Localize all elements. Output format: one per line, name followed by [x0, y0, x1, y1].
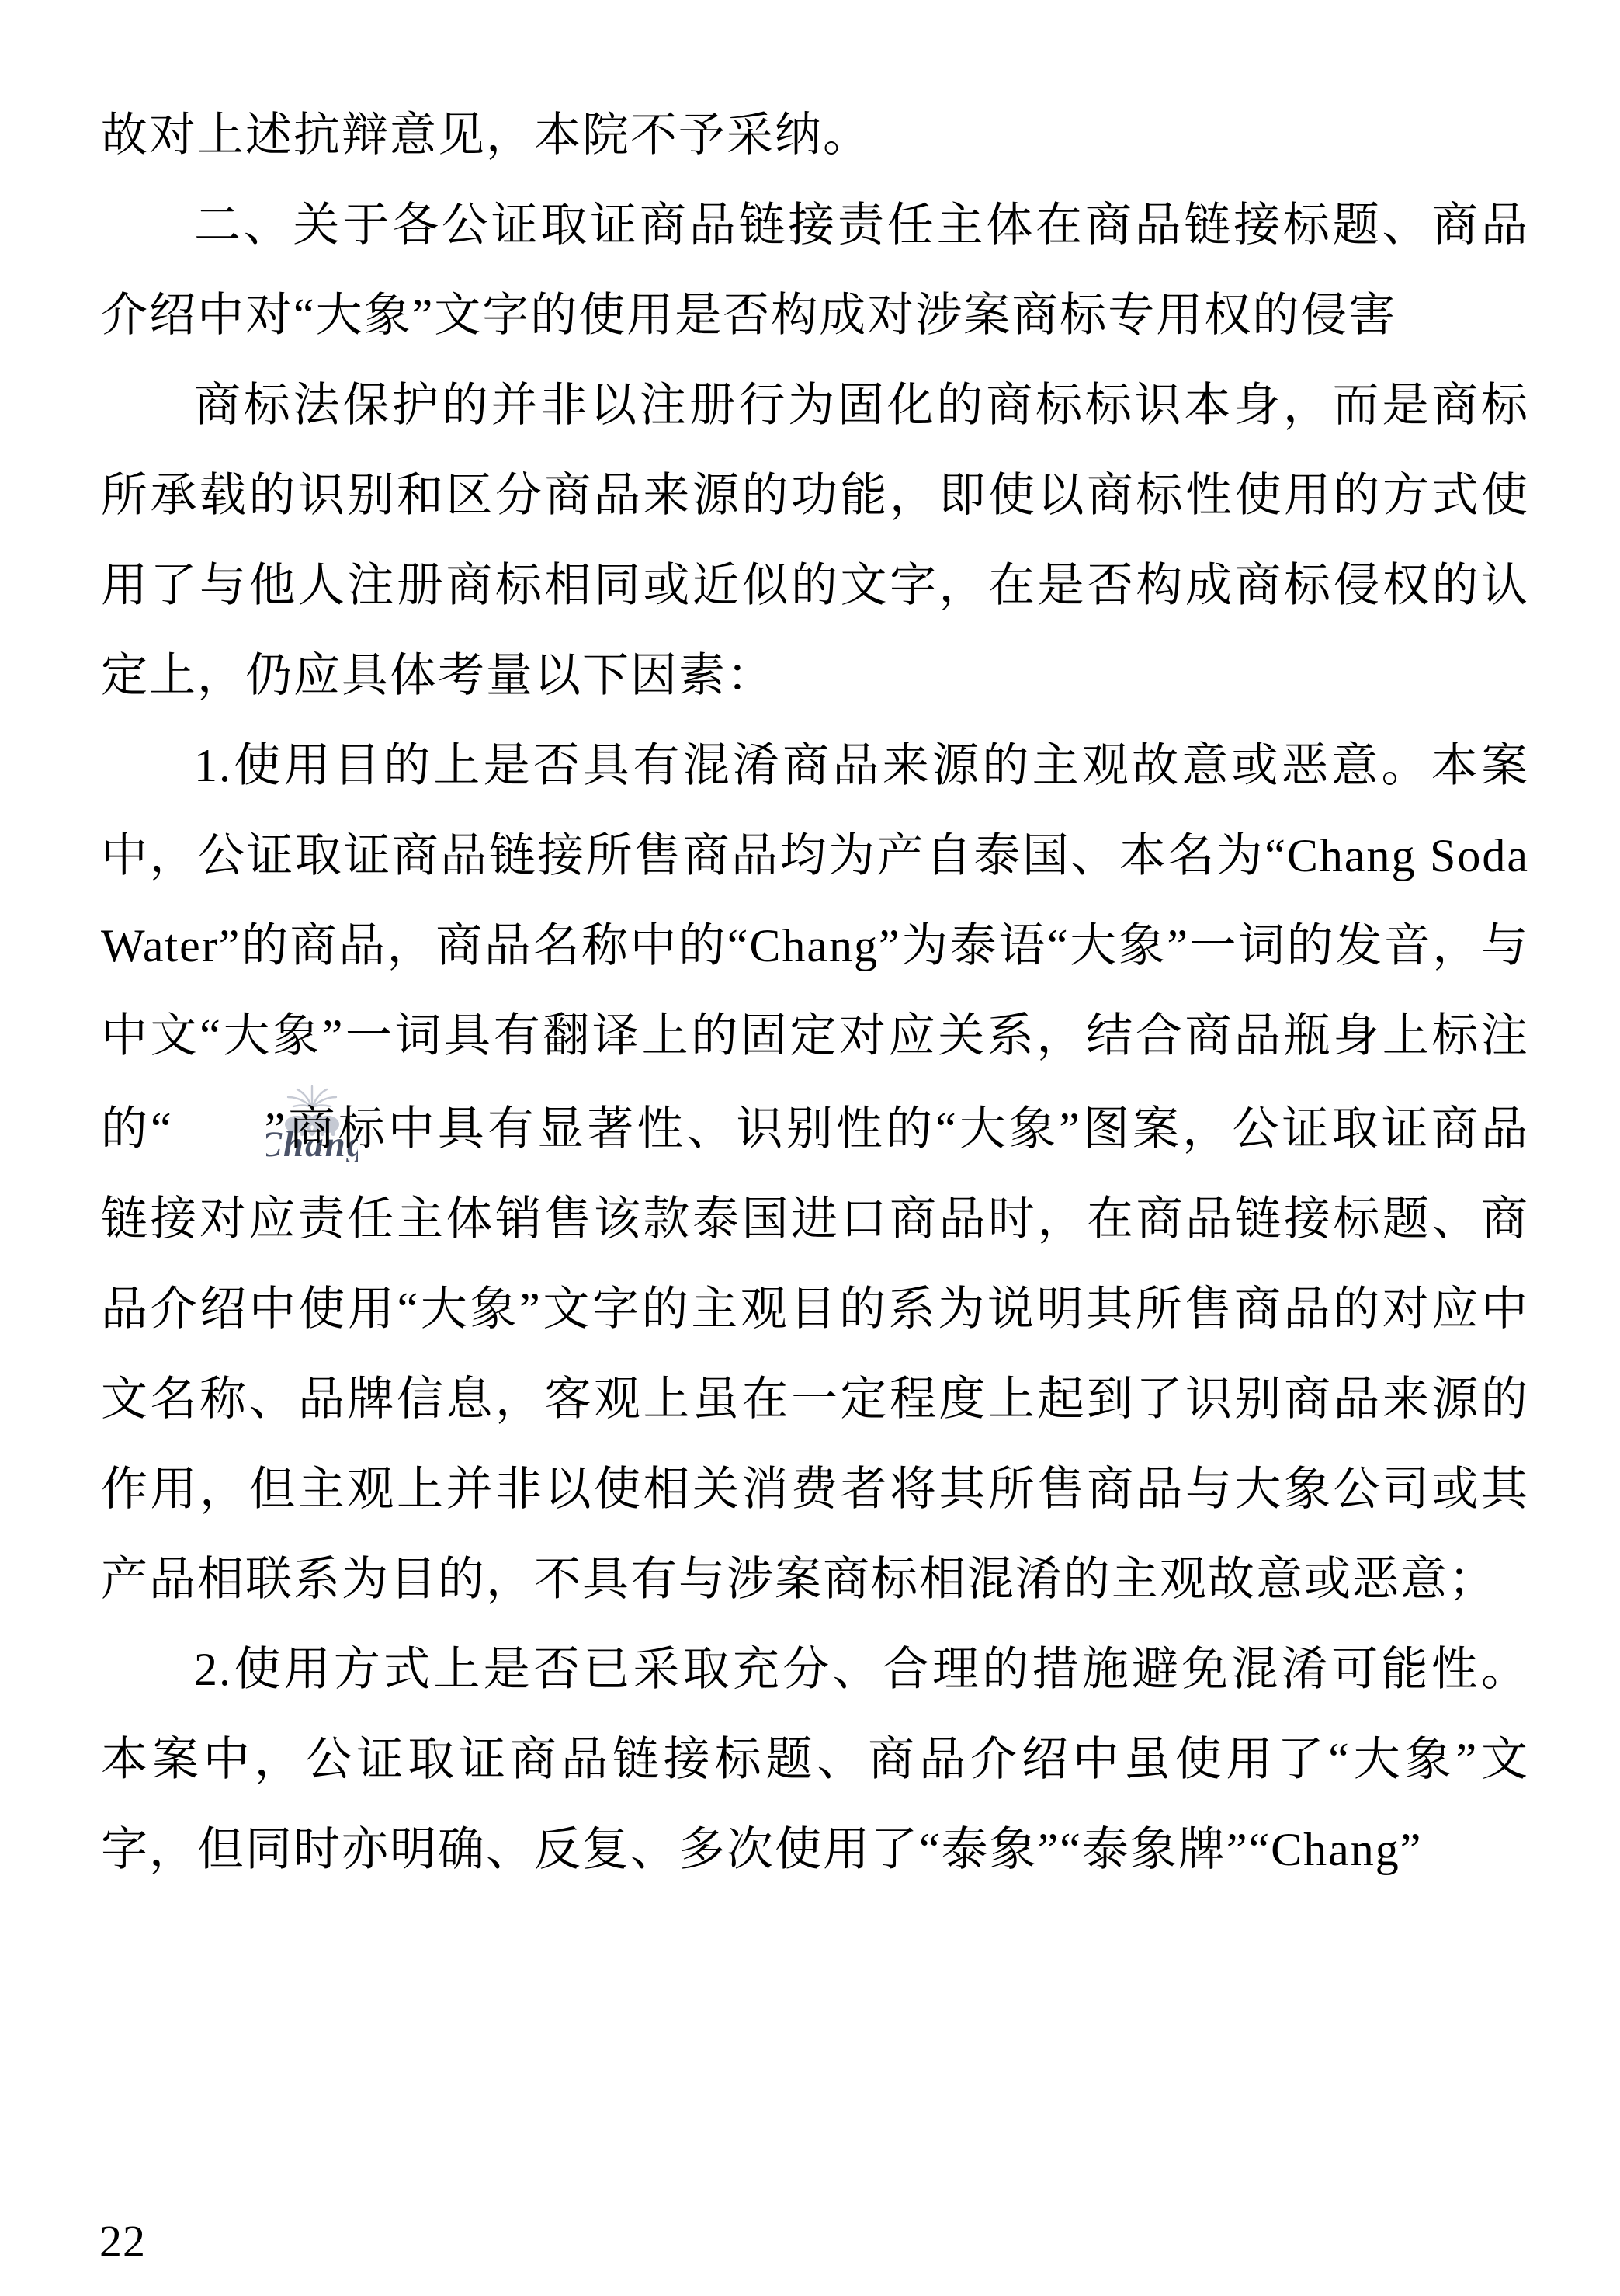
paragraph-conclusion: 故对上述抗辩意见，本院不予采纳。 [101, 90, 1529, 180]
document-body: 故对上述抗辩意见，本院不予采纳。 二、关于各公证取证商品链接责任主体在商品链接标… [101, 90, 1529, 1895]
paragraph-factor-1: 1.使用目的上是否具有混淆商品来源的主观故意或恶意。本案中，公证取证商品链接所售… [101, 721, 1529, 1624]
factor1-text-after-logo: ”商标中具有显著性、识别性的“大象”图案，公证取证商品链接对应责任主体销售该款泰… [101, 1103, 1529, 1605]
heading-section-two: 二、关于各公证取证商品链接责任主体在商品链接标题、商品介绍中对“大象”文字的使用… [101, 180, 1529, 360]
chang-brand-logo: Chang [173, 1081, 265, 1162]
document-page: 故对上述抗辩意见，本院不予采纳。 二、关于各公证取证商品链接责任主体在商品链接标… [0, 0, 1620, 2296]
paragraph-factor-2: 2.使用方式上是否已采取充分、合理的措施避免混淆可能性。本案中，公证取证商品链接… [101, 1624, 1529, 1895]
paragraph-trademark-law: 商标法保护的并非以注册行为固化的商标标识本身，而是商标所承载的识别和区分商品来源… [101, 360, 1529, 721]
page-number: 22 [99, 2219, 146, 2264]
